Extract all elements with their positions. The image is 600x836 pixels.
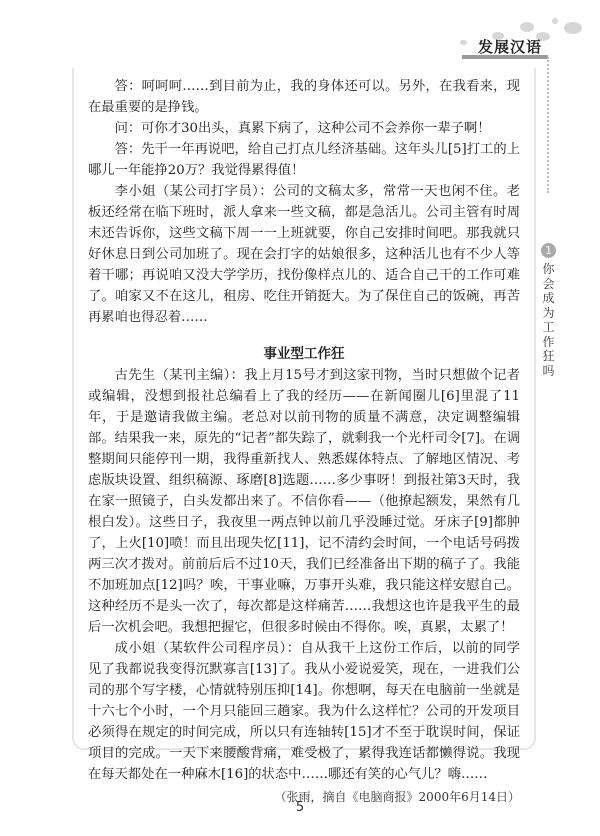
chapter-title-vertical: 你会成为工作狂吗 — [541, 262, 556, 378]
decor-dot — [520, 22, 534, 32]
section-heading: 事业型工作狂 — [88, 344, 520, 365]
paragraph: 成小姐（某软件公司程序员）：自从我干上这份工作后，以前的同学见了我都说我变得沉默… — [88, 638, 520, 785]
side-dotted-line — [547, 57, 549, 193]
book-logo: 发展汉语 — [460, 14, 600, 56]
decor-dot — [564, 22, 582, 34]
page-number: 5 — [0, 800, 600, 815]
paragraph: 古先生（某刊主编）：我上月15号才到这家刊物，当时只想做个记者或编辑，没想到报社… — [88, 365, 520, 638]
paragraph: 问：可你才30出头，真累下病了，这种公司不会养你一辈子啊！ — [88, 118, 520, 139]
article-body: 答：呵呵呵……到目前为止，我的身体还可以。另外，在我看来，现在最重要的是挣钱。 … — [88, 76, 520, 808]
paragraph: 李小姐（某公司打字员）：公司的文稿太多，常常一天也闲不住。老板还经常在临下班时，… — [88, 181, 520, 328]
logo-underline — [462, 55, 548, 59]
chapter-number-badge: 1 — [541, 243, 556, 258]
paragraph: 答：呵呵呵……到目前为止，我的身体还可以。另外，在我看来，现在最重要的是挣钱。 — [88, 76, 520, 118]
decor-dot — [460, 40, 467, 45]
book-title: 发展汉语 — [478, 36, 542, 57]
decor-dot — [552, 18, 558, 24]
paragraph: 答：先干一年再说吧，给自己打点儿经济基础。这年头儿[5]打工的上哪儿一年能挣20… — [88, 139, 520, 181]
